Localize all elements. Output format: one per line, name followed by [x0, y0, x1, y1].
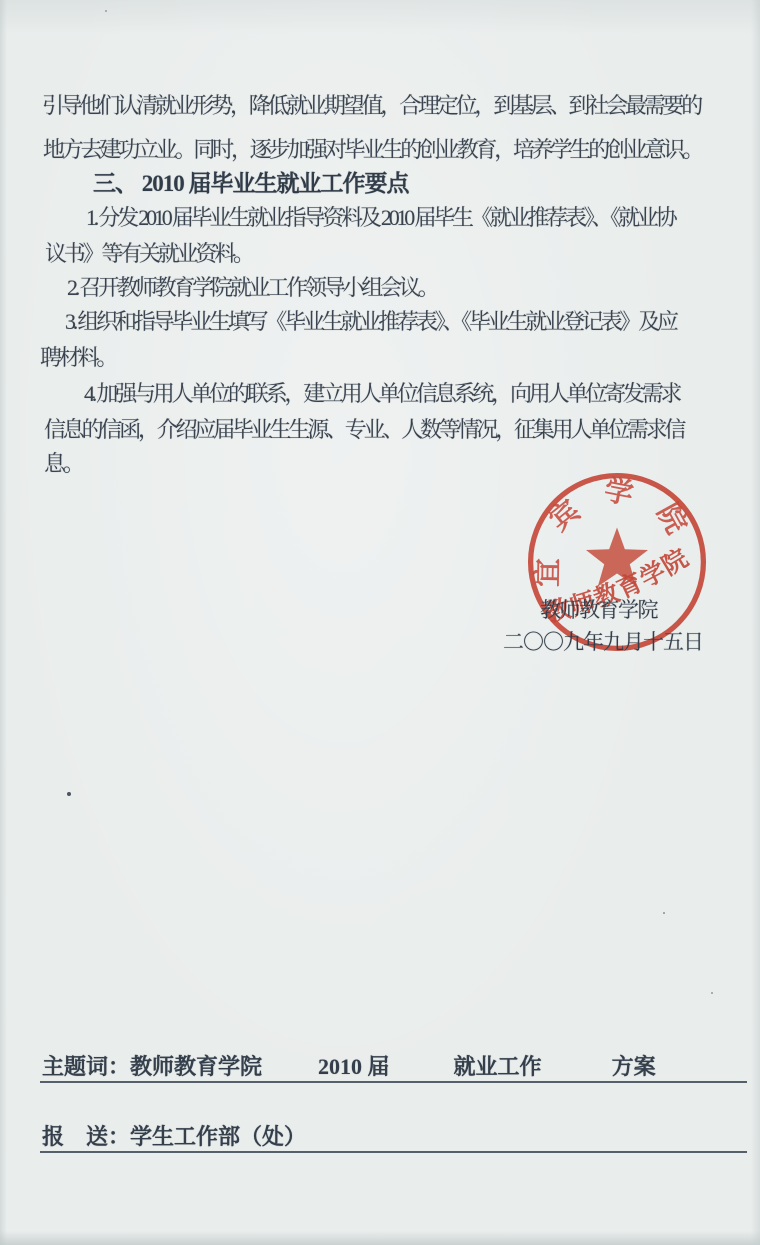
body-line: 4. 加强与用人单位的联系，建立用人单位信息系统，向用人单位寄发需求 — [84, 383, 679, 405]
report-label: 报 送： — [42, 1124, 130, 1149]
body-line: 息。 — [44, 453, 82, 475]
subject-label: 主题词： — [42, 1054, 130, 1079]
signature-date: 二〇〇九年九月十五日 — [503, 626, 703, 656]
body-line: 聘材料。 — [40, 347, 115, 369]
subject-term-topic: 就业工作 — [454, 1054, 542, 1079]
scanned-document-page: 引导他们认清就业形势，降低就业期望值，合理定位，到基层、到社会最需要的 地方去建… — [0, 0, 760, 1245]
signature-name: 教师教育学院 — [540, 594, 657, 624]
scan-speck — [67, 792, 71, 796]
report-line: 报 送：学生工作部（处） — [42, 1120, 306, 1151]
body-line: 信息的信函，介绍应届毕业生生源、专业、人数等情况，征集用人单位需求信 — [44, 419, 683, 441]
section-heading: 三、 2010 届毕业生就业工作要点 — [93, 172, 409, 195]
scan-speck — [105, 10, 107, 12]
body-line: 1. 分发 2010 届毕业生就业指导资料及 2010 届毕生《就业推荐表》、《… — [86, 207, 674, 229]
body-line: 引导他们认清就业形势，降低就业期望值，合理定位，到基层、到社会最需要的 — [42, 95, 700, 117]
subject-underline — [40, 1081, 747, 1083]
body-line: 3. 组织和指导毕业生填写《毕业生就业推荐表》、《毕业生就业登记表》及应 — [65, 311, 676, 333]
body-line: 议书》等有关就业资料。 — [45, 243, 252, 265]
report-underline — [40, 1151, 747, 1153]
subject-term-year: 2010 届 — [318, 1054, 390, 1079]
scan-speck — [663, 912, 665, 914]
subject-term-college: 教师教育学院 — [130, 1054, 262, 1079]
scan-speck — [711, 992, 713, 994]
subject-term-type: 方案 — [612, 1054, 656, 1079]
report-value: 学生工作部（处） — [130, 1124, 306, 1149]
body-line: 地方去建功立业。同时，逐步加强对毕业生的创业教育，培养学生的创业意识。 — [43, 139, 701, 161]
subject-line: 主题词：教师教育学院2010 届就业工作方案 — [42, 1050, 656, 1081]
body-line: 2. 召开教师教育学院就业工作领导小组会议。 — [67, 277, 437, 299]
